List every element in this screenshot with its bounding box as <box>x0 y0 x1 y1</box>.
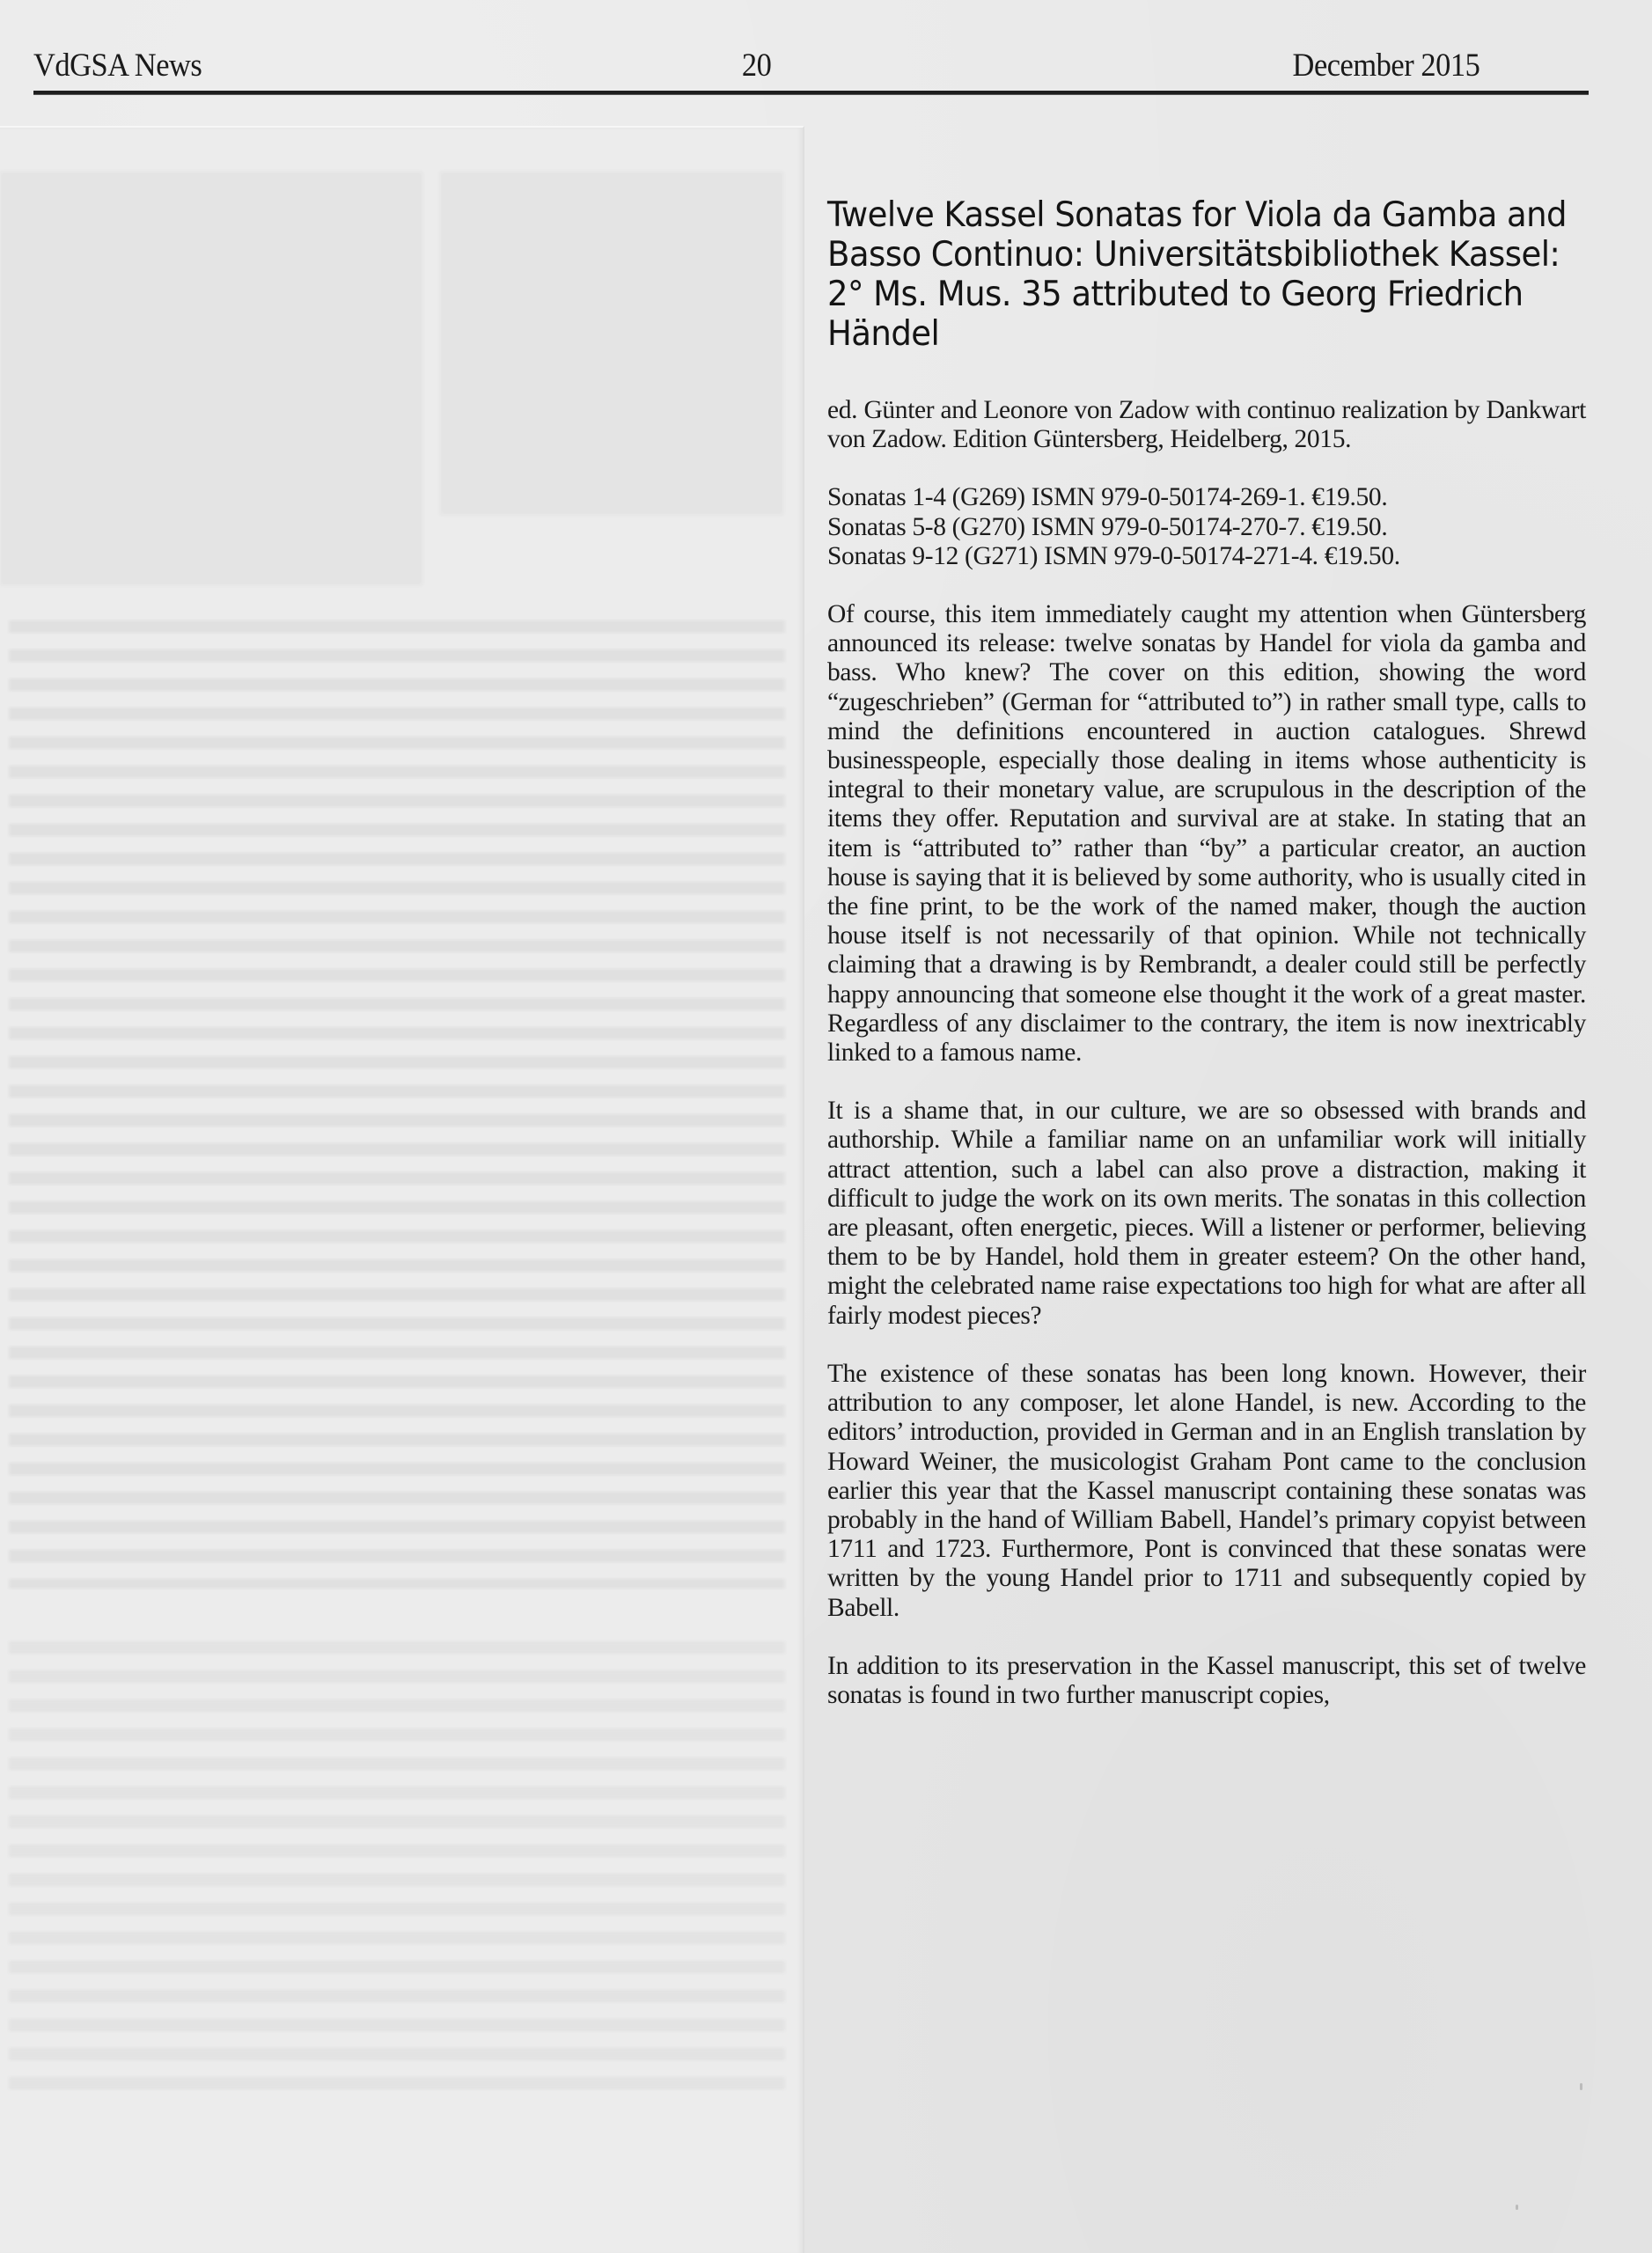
body-paragraph: The existence of these sonatas has been … <box>827 1360 1586 1623</box>
review-article: Twelve Kassel Sonatas for Viola da Gamba… <box>827 195 1586 1739</box>
body-paragraph: Of course, this item immediately caught … <box>827 600 1586 1068</box>
article-title: Twelve Kassel Sonatas for Viola da Gamba… <box>827 195 1584 354</box>
bleed-image-ghost <box>440 172 783 515</box>
edition-entry: Sonatas 5-8 (G270) ISMN 979-0-50174-270-… <box>827 513 1586 542</box>
issue-date: December 2015 <box>1293 47 1480 84</box>
edition-citation: ed. Günter and Leonore von Zadow with co… <box>827 396 1586 454</box>
paper-speck <box>1516 2205 1518 2210</box>
bleed-text-ghost <box>9 620 785 1589</box>
edition-entry: Sonatas 9-12 (G271) ISMN 979-0-50174-271… <box>827 542 1586 571</box>
bleed-text-ghost <box>9 1641 785 2099</box>
paper-speck <box>1580 2083 1582 2090</box>
body-paragraph: It is a shame that, in our culture, we a… <box>827 1097 1586 1331</box>
body-paragraph: In addition to its preservation in the K… <box>827 1652 1586 1710</box>
edition-entry: Sonatas 1-4 (G269) ISMN 979-0-50174-269-… <box>827 483 1586 512</box>
header-rule <box>33 91 1589 95</box>
facing-page-bleed-through <box>0 126 804 2253</box>
bleed-image-ghost <box>0 172 422 585</box>
running-header: VdGSA News 20 December 2015 <box>33 46 1479 84</box>
page-number: 20 <box>742 47 771 84</box>
publication-name: VdGSA News <box>33 47 202 84</box>
edition-listing: Sonatas 1-4 (G269) ISMN 979-0-50174-269-… <box>827 483 1586 571</box>
